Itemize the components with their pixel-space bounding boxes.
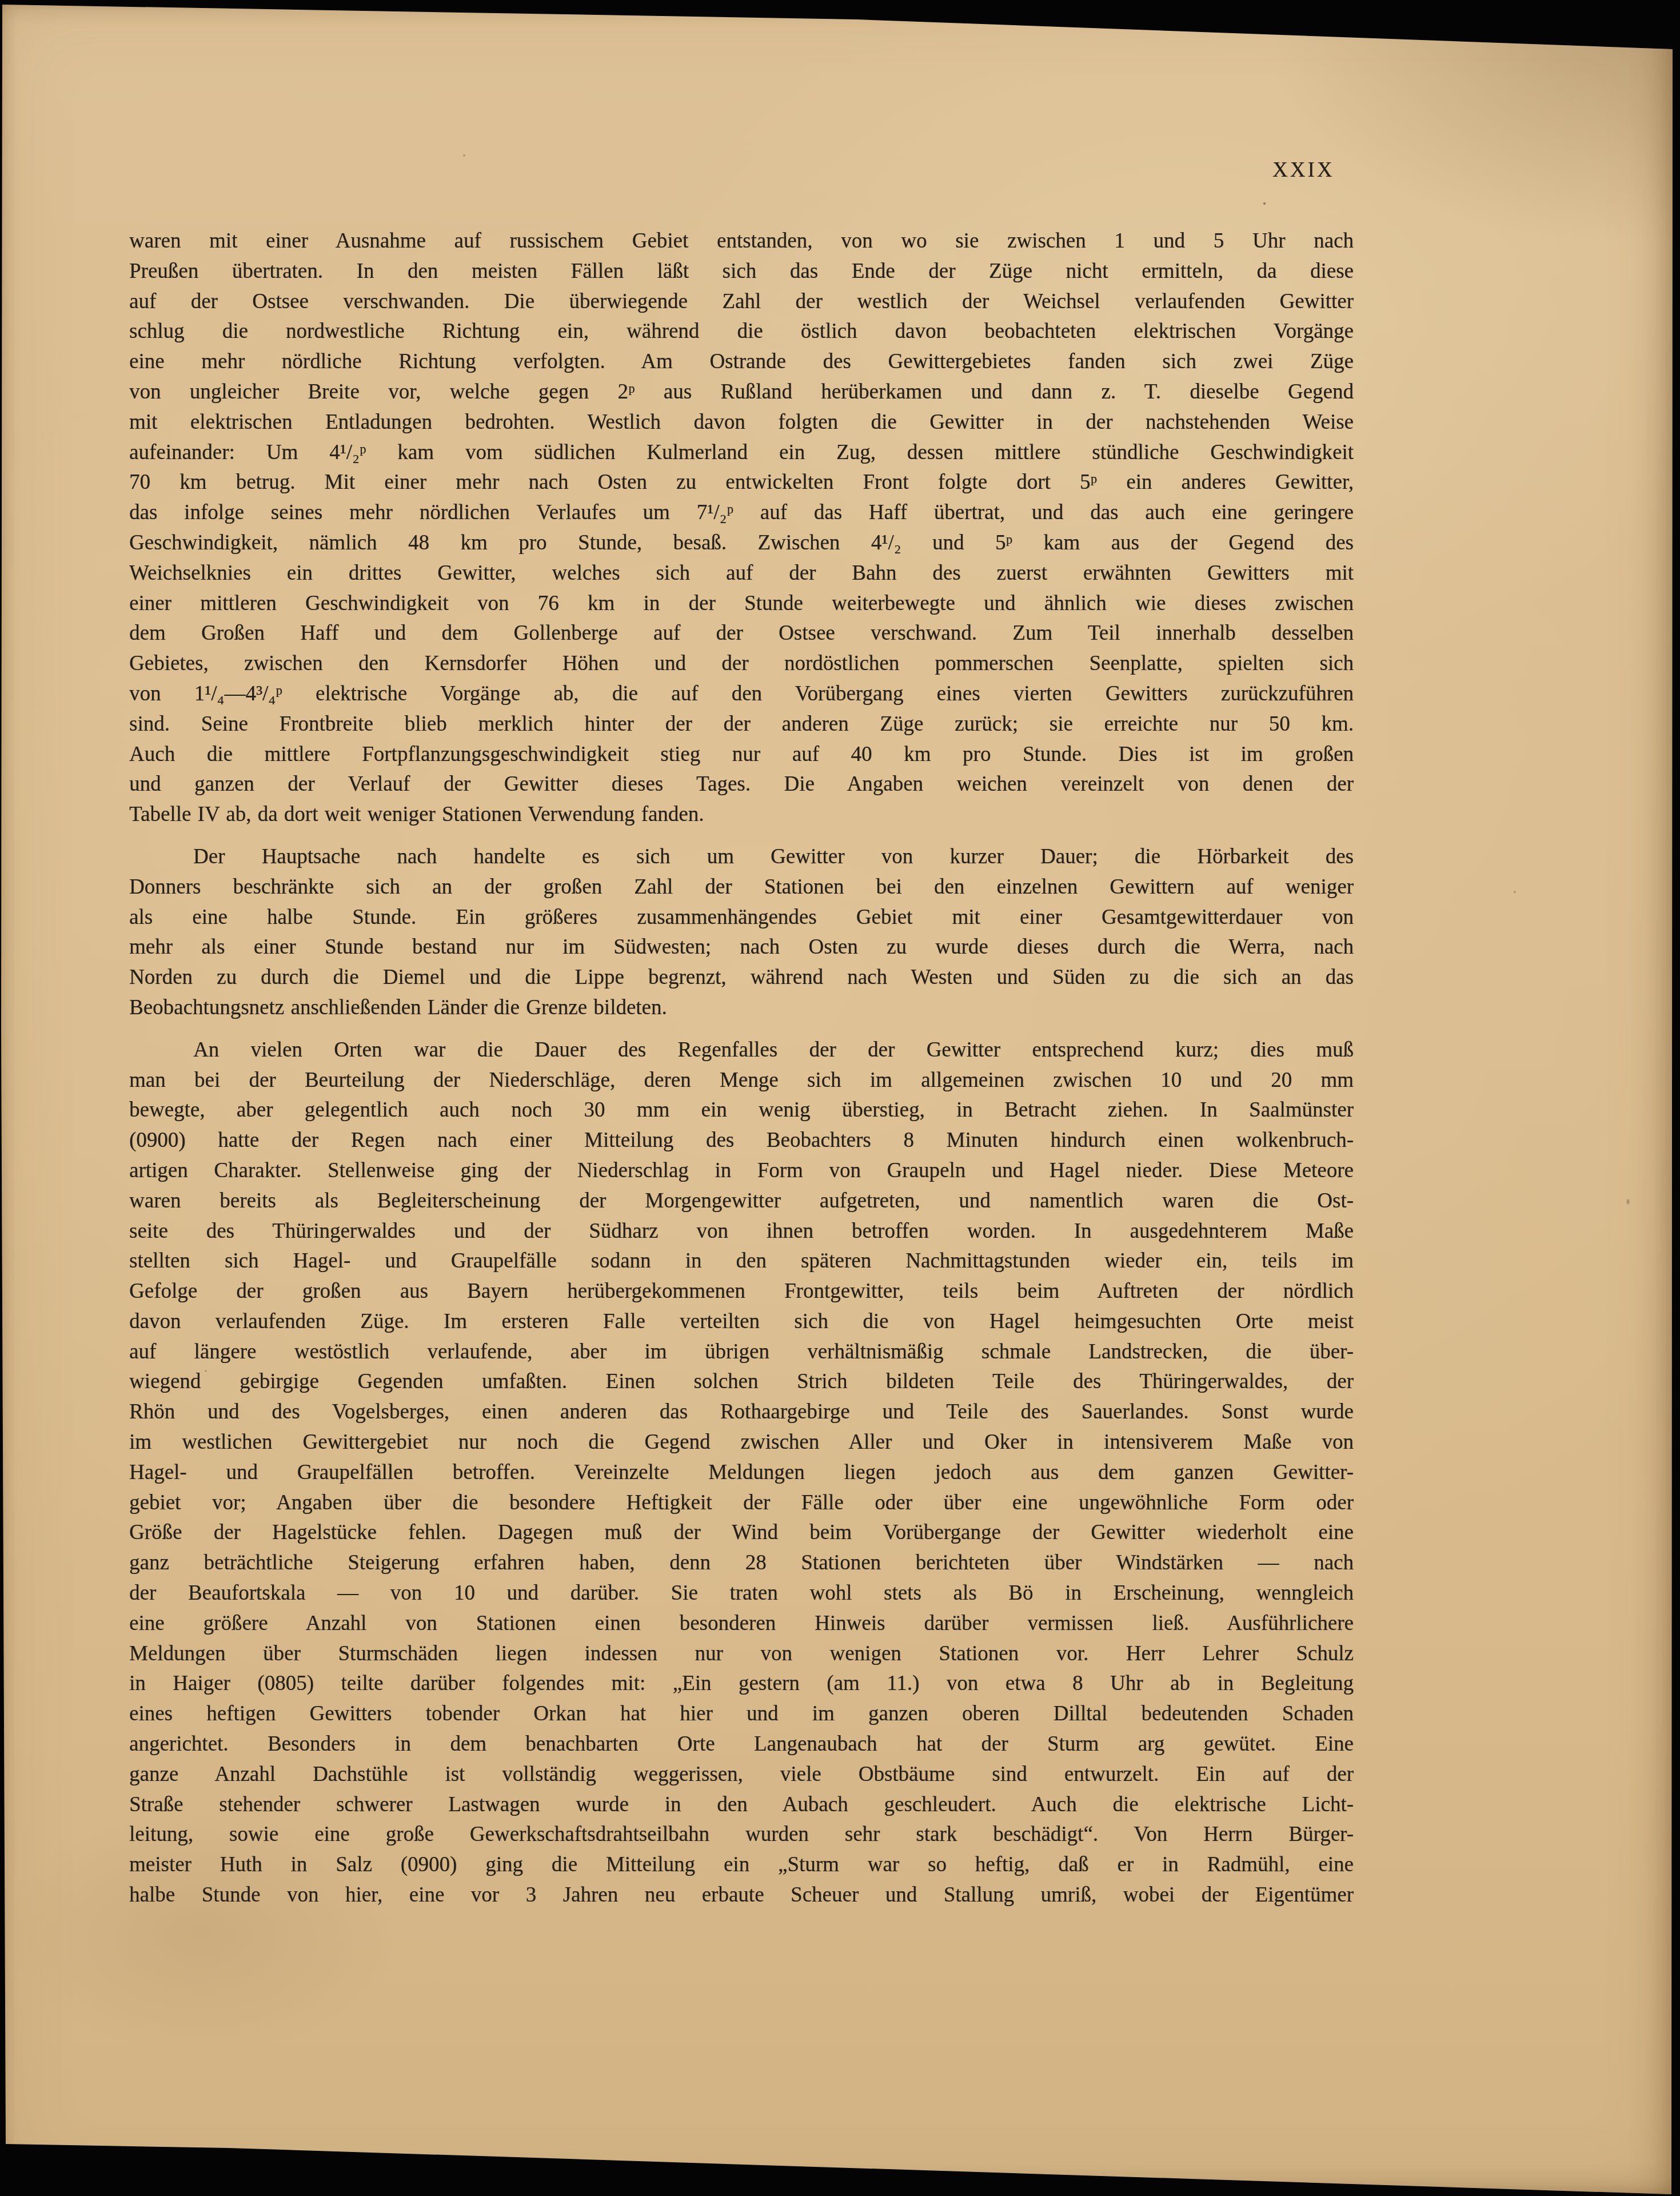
text-line: Meldungen über Sturmschäden liegen indes… (129, 1639, 1354, 1669)
text-line: halbe Stunde von hier, eine vor 3 Jahren… (129, 1880, 1354, 1911)
text-line: Der Hauptsache nach handelte es sich um … (129, 842, 1354, 872)
text-line: Tabelle IV ab, da dort weit weniger Stat… (129, 800, 1354, 830)
text-line: mehr als einer Stunde bestand nur im Süd… (129, 932, 1354, 963)
text-line: davon verlaufenden Züge. Im ersteren Fal… (129, 1307, 1354, 1337)
text-line: eines heftigen Gewitters tobender Orkan … (129, 1699, 1354, 1729)
text-line: waren bereits als Begleiterscheinung der… (129, 1186, 1354, 1217)
text-line: Gebietes, zwischen den Kernsdorfer Höhen… (129, 649, 1354, 679)
text-line: 70 km betrug. Mit einer mehr nach Osten … (129, 468, 1354, 498)
text-line: aufeinander: Um 4¹/₂ᵖ kam vom südlichen … (129, 438, 1354, 468)
text-line: im westlichen Gewittergebiet nur noch di… (129, 1428, 1354, 1458)
text-line: artigen Charakter. Stellenweise ging der… (129, 1156, 1354, 1186)
text-line: mit elektrischen Entladungen bedrohten. … (129, 408, 1354, 438)
text-line: Donners beschränkte sich an der großen Z… (129, 872, 1354, 903)
scanned-book-page: XXIX waren mit einer Ausnahme auf russis… (0, 0, 1680, 2196)
text-line: auf längere westöstlich verlaufende, abe… (129, 1337, 1354, 1368)
text-line: Norden zu durch die Diemel und die Lippe… (129, 963, 1354, 993)
text-line: ganz beträchtliche Steigerung erfahren h… (129, 1548, 1354, 1579)
text-line: angerichtet. Besonders in dem benachbart… (129, 1729, 1354, 1760)
text-line: Hagel- und Graupelfällen betroffen. Vere… (129, 1458, 1354, 1488)
text-line: Rhön und des Vogelsberges, einen anderen… (129, 1397, 1354, 1428)
paragraph: An vielen Orten war die Dauer des Regenf… (129, 1035, 1354, 1911)
text-line: Preußen übertraten. In den meisten Fälle… (129, 257, 1354, 287)
text-line: eine mehr nördliche Richtung verfolgten.… (129, 347, 1354, 377)
text-line: wiegend gebirgige Gegenden umfaßten. Ein… (129, 1367, 1354, 1397)
text-line: Geschwindigkeit, nämlich 48 km pro Stund… (129, 528, 1354, 559)
body-text: waren mit einer Ausnahme auf russischem … (129, 226, 1354, 1911)
text-line: dem Großen Haff und dem Gollenberge auf … (129, 619, 1354, 649)
text-line: meister Huth in Salz (0900) ging die Mit… (129, 1850, 1354, 1880)
text-line: auf der Ostsee verschwanden. Die überwie… (129, 287, 1354, 317)
text-line: Straße stehender schwerer Lastwagen wurd… (129, 1790, 1354, 1820)
text-line: das infolge seines mehr nördlichen Verla… (129, 498, 1354, 528)
text-line: Auch die mittlere Fortpflanzungsgeschwin… (129, 740, 1354, 770)
text-line: Beobachtungsnetz anschließenden Länder d… (129, 993, 1354, 1023)
text-line: sind. Seine Frontbreite blieb merklich h… (129, 710, 1354, 740)
text-line: von 1¹/₄—4³/₄ᵖ elektrische Vorgänge ab, … (129, 679, 1354, 710)
text-line: Größe der Hagelstücke fehlen. Dagegen mu… (129, 1518, 1354, 1548)
paragraph: waren mit einer Ausnahme auf russischem … (129, 226, 1354, 830)
paragraph: Der Hauptsache nach handelte es sich um … (129, 842, 1354, 1023)
text-line: An vielen Orten war die Dauer des Regenf… (129, 1035, 1354, 1066)
text-line: als eine halbe Stunde. Ein größeres zusa… (129, 903, 1354, 933)
text-line: ganze Anzahl Dachstühle ist vollständig … (129, 1760, 1354, 1790)
text-line: waren mit einer Ausnahme auf russischem … (129, 226, 1354, 257)
text-line: bewegte, aber gelegentlich auch noch 30 … (129, 1095, 1354, 1126)
text-line: stellten sich Hagel- und Graupelfälle so… (129, 1246, 1354, 1277)
text-line: Weichselknies ein drittes Gewitter, welc… (129, 559, 1354, 589)
text-line: einer mittleren Geschwindigkeit von 76 k… (129, 589, 1354, 619)
text-line: man bei der Beurteilung der Niederschläg… (129, 1066, 1354, 1096)
page-number: XXIX (1272, 158, 1334, 182)
text-line: der Beaufortskala — von 10 und darüber. … (129, 1579, 1354, 1609)
text-line: gebiet vor; Angaben über die besondere H… (129, 1488, 1354, 1519)
text-line: Gefolge der großen aus Bayern herübergek… (129, 1277, 1354, 1307)
text-line: in Haiger (0805) teilte darüber folgende… (129, 1669, 1354, 1699)
text-line: schlug die nordwestliche Richtung ein, w… (129, 317, 1354, 347)
text-line: von ungleicher Breite vor, welche gegen … (129, 377, 1354, 408)
text-line: und ganzen der Verlauf der Gewitter dies… (129, 770, 1354, 800)
text-line: leitung, sowie eine große Gewerkschaftsd… (129, 1820, 1354, 1850)
text-line: eine größere Anzahl von Stationen einen … (129, 1609, 1354, 1639)
text-line: (0900) hatte der Regen nach einer Mittei… (129, 1126, 1354, 1156)
text-line: seite des Thüringerwaldes und der Südhar… (129, 1217, 1354, 1247)
